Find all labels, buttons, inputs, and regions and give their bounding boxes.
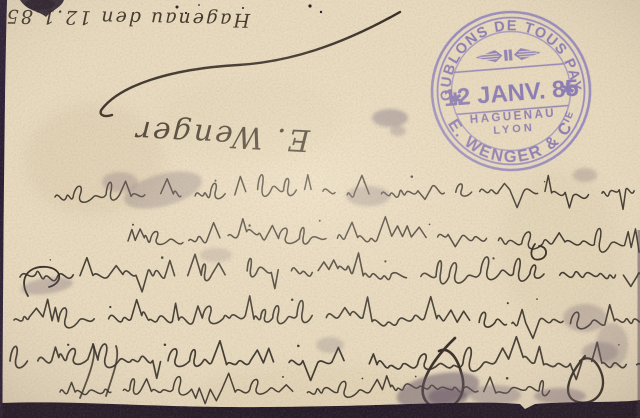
grain-overlay: [0, 0, 640, 418]
postcard-image: HOUBLONS DE TOUS PAYS ✱ 12 JANV. 85 ✱ HA…: [0, 0, 640, 418]
postcard-scan: HOUBLONS DE TOUS PAYS ✱ 12 JANV. 85 ✱ HA…: [0, 0, 640, 418]
